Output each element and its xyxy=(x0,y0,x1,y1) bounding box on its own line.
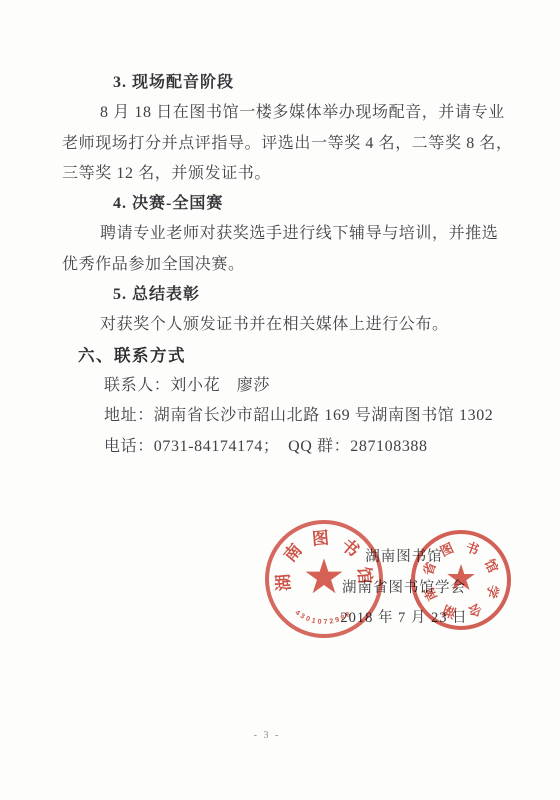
paragraph-finals-line-2: 优秀作品参加全国决赛。 xyxy=(62,250,508,280)
paragraph-dubbing-line-2: 老师现场打分并点评指导。评选出一等奖 4 名，二等奖 8 名， xyxy=(62,129,508,159)
seal-serial-digit: 1 xyxy=(309,617,319,627)
contact-person-line: 联系人：刘小花 廖莎 xyxy=(62,371,508,401)
document-page: 3. 现场配音阶段 8 月 18 日在图书馆一楼多媒体举办现场配音，并请专业 老… xyxy=(0,0,560,800)
seal-serial-digit: 0 xyxy=(302,615,312,625)
heading-finals-national: 4. 决赛-全国赛 xyxy=(62,189,508,219)
page-number: - 3 - xyxy=(0,730,534,741)
paragraph-finals-line-1: 聘请专业老师对获奖选手进行线下辅导与培训，并推选 xyxy=(62,219,508,249)
signature-block: 湖南图书馆 湖南省图书馆学会 2018 年 7 月 23 日 xyxy=(318,542,490,634)
signature-org-library: 湖南图书馆 xyxy=(318,542,490,573)
seal-serial-digit: 3 xyxy=(297,612,308,623)
contact-phone-qq-line: 电话：0731-84174174； QQ 群：287108388 xyxy=(62,432,508,462)
section-contact-info: 六、联系方式 xyxy=(62,341,508,371)
signature-org-society: 湖南省图书馆学会 xyxy=(318,573,490,604)
seal-ring-char: 湖 xyxy=(272,571,296,595)
paragraph-dubbing-line-1: 8 月 18 日在图书馆一楼多媒体举办现场配音，并请专业 xyxy=(62,98,508,128)
paragraph-summary-line-1: 对获奖个人颁发证书并在相关媒体上进行公布。 xyxy=(62,310,508,340)
signature-date: 2018 年 7 月 23 日 xyxy=(318,603,490,634)
heading-onsite-dubbing-stage: 3. 现场配音阶段 xyxy=(62,68,508,98)
paragraph-dubbing-line-3: 三等奖 12 名，并颁发证书。 xyxy=(62,159,508,189)
seal-ring-char: 南 xyxy=(278,538,309,569)
content-area: 3. 现场配音阶段 8 月 18 日在图书馆一楼多媒体举办现场配音，并请专业 老… xyxy=(62,68,508,462)
contact-address-line: 地址：湖南省长沙市韶山北路 169 号湖南图书馆 1302 xyxy=(62,401,508,431)
heading-summary-awards: 5. 总结表彰 xyxy=(62,280,508,310)
seal-serial-digit: 4 xyxy=(291,608,302,619)
